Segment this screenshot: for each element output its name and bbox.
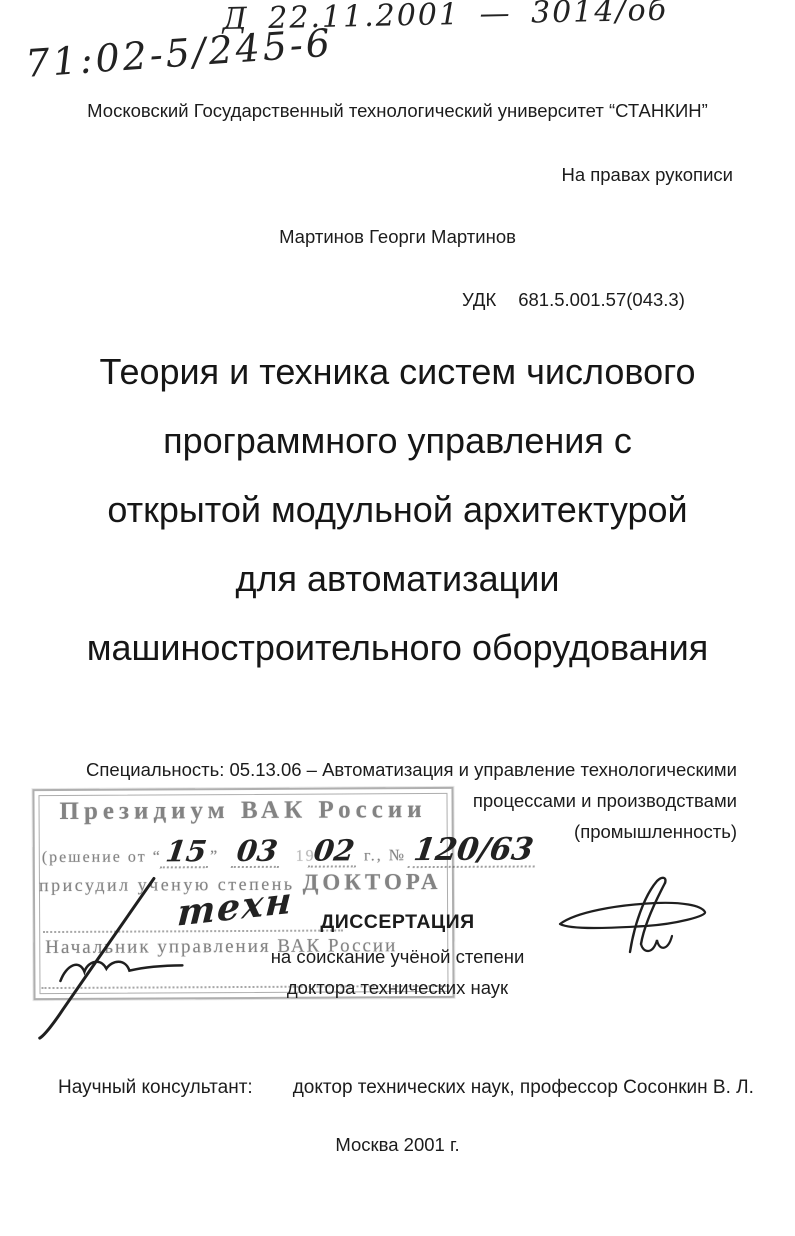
decision-close-quote: ” [210, 848, 219, 866]
stamp-header: Президиум ВАК России [34, 796, 451, 826]
university-name: Московский Государственный технологическ… [0, 100, 795, 122]
dissertation-subtitle-2: доктора технических наук [0, 977, 795, 999]
manuscript-rights-note: На правах рукописи [561, 164, 733, 186]
dissertation-title: Теория и техника систем числового програ… [0, 337, 795, 682]
decision-suffix: г., № [364, 847, 406, 865]
stamp-decision-line: (решение от “ 15 ” 03 19 02 г., № 120/63 [42, 834, 538, 870]
title-line-1: Теория и техника систем числового [0, 337, 795, 406]
catalog-number-handwritten: 71:02-5/245-6 [24, 21, 334, 86]
scanned-page: Д 22.11.2001 — 3014/об 71:02-5/245-6 Мос… [0, 0, 795, 1236]
author-signature [556, 874, 712, 958]
decision-year-handwritten: 02 [307, 836, 360, 867]
decision-number-handwritten: 120/63 [408, 834, 540, 868]
title-line-3: открытой модульной архитектурой [0, 475, 795, 544]
decision-month-handwritten: 03 [231, 837, 284, 868]
title-line-5: машиностроительного оборудования [0, 613, 795, 682]
vak-approval-stamp: Президиум ВАК России (решение от “ 15 ” … [32, 787, 454, 1000]
title-line-2: программного управления с [0, 406, 795, 475]
consultant-label: Научный консультант: [58, 1077, 253, 1099]
udc-label: УДК [462, 289, 496, 310]
udc-value: 681.5.001.57(043.3) [518, 289, 685, 310]
city-year: Москва 2001 г. [0, 1134, 795, 1156]
consultant-value: доктор технических наук, профессор Сосон… [293, 1077, 754, 1099]
author-name: Мартинов Георги Мартинов [0, 226, 795, 248]
title-line-4: для автоматизации [0, 544, 795, 613]
specialty-line-1: Специальность: 05.13.06 – Автоматизация … [86, 754, 737, 785]
decision-day-handwritten: 15 [160, 837, 213, 868]
decision-prefix: (решение от “ [42, 848, 162, 867]
consultant-line: Научный консультант: доктор технических … [58, 1077, 754, 1099]
degree-caps: ДОКТОРА [302, 869, 441, 896]
udc-line: УДК681.5.001.57(043.3) [462, 289, 685, 311]
